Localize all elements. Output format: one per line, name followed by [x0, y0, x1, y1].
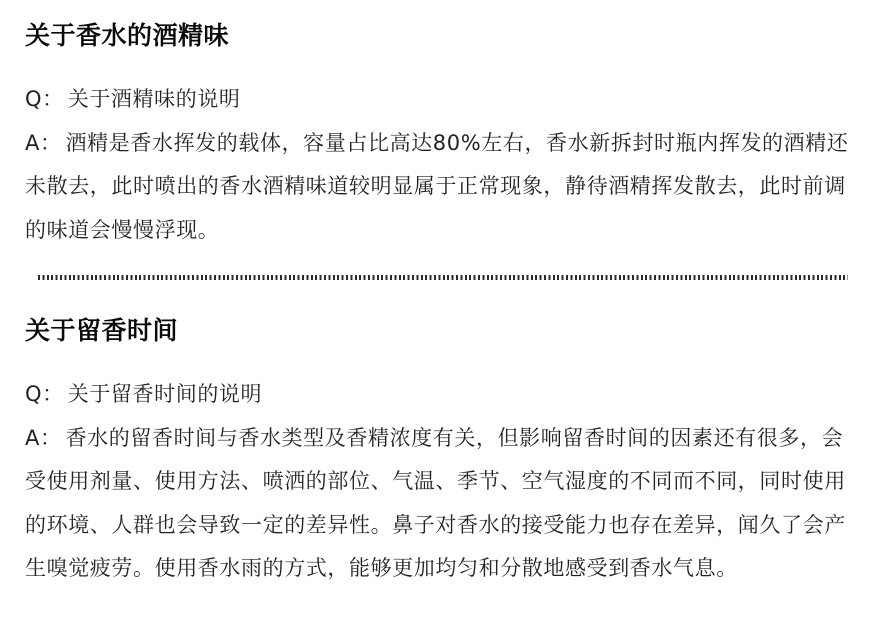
answer-text: 香水的留香时间与香水类型及香精浓度有关，但影响留香时间的因素还有很多，会受使用剂… — [25, 426, 846, 581]
qa-block: Q：关于留香时间的说明 A：香水的留香时间与香水类型及香精浓度有关，但影响留香时… — [25, 373, 855, 591]
answer-prefix: A： — [25, 131, 62, 155]
answer-text: 酒精是香水挥发的载体，容量占比高达80%左右，香水新拆封时瓶内挥发的酒精还未散去… — [25, 131, 848, 242]
question-prefix: Q： — [25, 87, 64, 111]
answer-line: A：香水的留香时间与香水类型及香精浓度有关，但影响留香时间的因素还有很多，会受使… — [25, 417, 855, 591]
answer-line: A：酒精是香水挥发的载体，容量占比高达80%左右，香水新拆封时瓶内挥发的酒精还未… — [25, 122, 855, 253]
question-line: Q：关于留香时间的说明 — [25, 373, 855, 417]
dotted-divider — [38, 275, 848, 280]
answer-prefix: A： — [25, 426, 62, 450]
question-prefix: Q： — [25, 382, 64, 406]
question-text: 关于酒精味的说明 — [68, 87, 241, 111]
question-text: 关于留香时间的说明 — [68, 382, 262, 406]
faq-section-scent-duration: 关于留香时间 Q：关于留香时间的说明 A：香水的留香时间与香水类型及香精浓度有关… — [25, 311, 855, 591]
question-line: Q：关于酒精味的说明 — [25, 78, 855, 122]
section-heading: 关于香水的酒精味 — [25, 16, 855, 56]
faq-section-alcohol-smell: 关于香水的酒精味 Q：关于酒精味的说明 A：酒精是香水挥发的载体，容量占比高达8… — [25, 16, 855, 252]
qa-block: Q：关于酒精味的说明 A：酒精是香水挥发的载体，容量占比高达80%左右，香水新拆… — [25, 78, 855, 252]
section-heading: 关于留香时间 — [25, 311, 855, 351]
